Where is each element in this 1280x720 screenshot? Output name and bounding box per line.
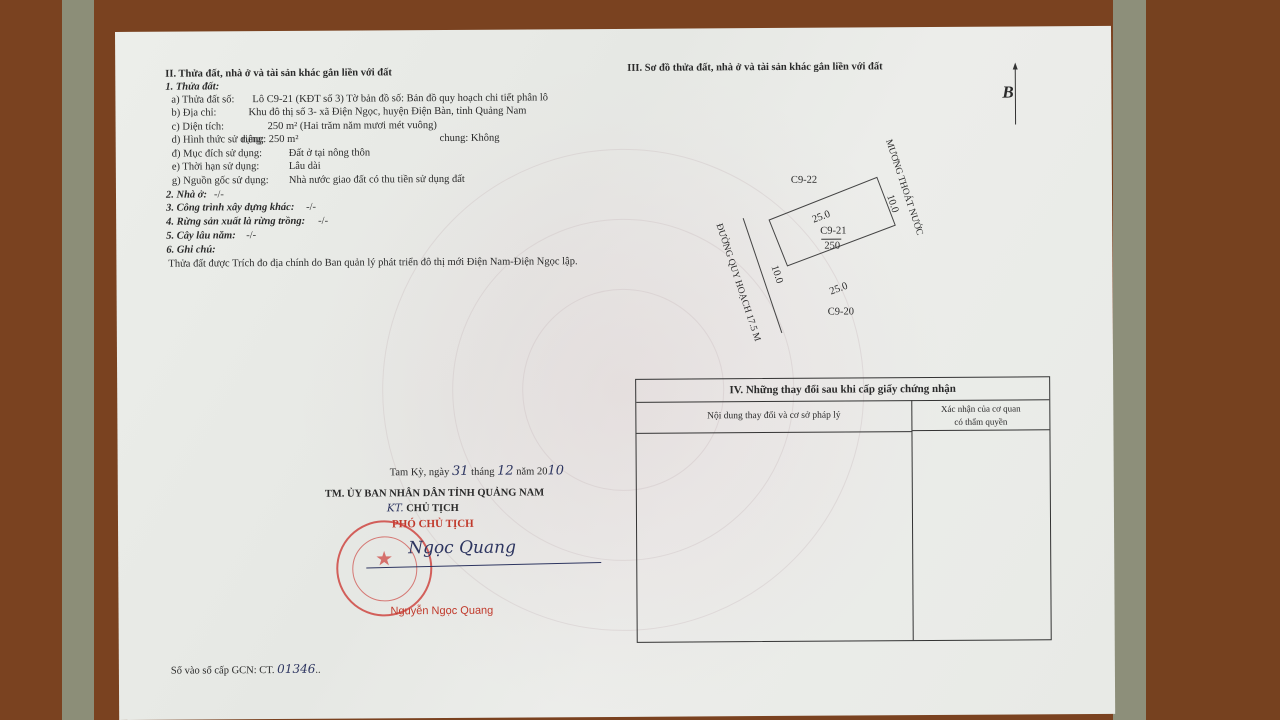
item4-value: -/- — [318, 215, 328, 228]
changes-content-cell — [636, 432, 913, 642]
month-label: tháng — [471, 467, 494, 478]
row-value: 250 m² (Hai trăm năm mươi mét vuông) — [268, 119, 437, 133]
north-label: B — [1002, 83, 1013, 103]
row-label: b) Địa chỉ: — [171, 106, 216, 119]
neighbor-north: C9-22 — [791, 174, 817, 187]
col-header-content: Nội dung thay đổi và cơ sở pháp lý — [636, 400, 912, 434]
background-table — [1146, 0, 1280, 720]
item6-label: 6. Ghi chú: — [166, 243, 215, 256]
item2-value: -/- — [214, 188, 224, 201]
row-value: Đất ở tại nông thôn — [289, 146, 370, 159]
registry-label: Số vào sổ cấp GCN: CT. — [171, 665, 275, 677]
confirmation-cell — [912, 431, 1050, 640]
year-label: năm 20 — [516, 466, 547, 477]
certificate-page: II. Thửa đất, nhà ở và tài sản khác gắn … — [115, 26, 1115, 720]
registry-number: Số vào sổ cấp GCN: CT. 01346.. — [171, 663, 321, 678]
chair-title: KT. CHỦ TỊCH — [387, 502, 459, 515]
background-stripe-right — [1113, 0, 1146, 720]
signer-name: Nguyễn Ngọc Quang — [391, 605, 494, 619]
row-label: đ) Mục đích sử dụng: — [172, 147, 262, 161]
item3-value: -/- — [306, 201, 316, 214]
row-value: Khu đô thị số 3- xã Điện Ngọc, huyện Điệ… — [248, 104, 526, 119]
year-suffix: 10 — [547, 463, 564, 478]
registry-value: 01346 — [277, 662, 315, 676]
parcel-id: C9-21 — [820, 225, 846, 238]
col2-line2: có thẩm quyền — [912, 415, 1049, 429]
item3-label: 3. Công trình xây dựng khác: — [166, 201, 294, 215]
item1-title: 1. Thửa đất: — [165, 80, 219, 93]
changes-table: IV. Những thay đổi sau khi cấp giấy chứn… — [635, 376, 1052, 643]
month: 12 — [497, 464, 514, 479]
neighbor-south: C9-20 — [828, 305, 854, 318]
day: 31 — [452, 464, 469, 479]
item5-value: -/- — [246, 229, 256, 242]
row-value: Nhà nước giao đất có thu tiền sử dụng đấ… — [289, 173, 465, 187]
section3-heading: III. Sơ đồ thửa đất, nhà ở và tài sản kh… — [627, 60, 882, 75]
place-date: Tam Kỳ, ngày 31 tháng 12 năm 2010 — [390, 464, 564, 479]
row-extra: chung: Không — [440, 132, 500, 145]
row-label: e) Thời hạn sử dụng: — [172, 160, 260, 174]
parcel-diagram: C9-22 C9-20 25.0 25.0 10.0 10.0 C9-21 25… — [691, 137, 952, 339]
row-value: riêng: 250 m² — [242, 133, 299, 146]
col2-line1: Xác nhận của cơ quan — [912, 402, 1049, 416]
chair-label: CHỦ TỊCH — [406, 503, 459, 514]
note-text: Thửa đất được Trích đo địa chính do Ban … — [168, 255, 577, 270]
item5-label: 5. Cây lâu năm: — [166, 229, 236, 242]
item2-label: 2. Nhà ở: — [166, 188, 207, 201]
kt-mark: KT. — [387, 502, 404, 514]
row-label: g) Nguồn gốc sử dụng: — [172, 174, 269, 188]
signature-mark: Ngọc Quang — [408, 538, 516, 559]
row-value: Lâu dài — [289, 160, 321, 173]
official-stamp: ★ — [336, 520, 433, 617]
background-stripe-left — [62, 0, 94, 720]
section2-heading: II. Thửa đất, nhà ở và tài sản khác gắn … — [165, 66, 392, 80]
org-name: TM. ỦY BAN NHÂN DÂN TỈNH QUẢNG NAM — [325, 486, 544, 500]
place-date-prefix: Tam Kỳ, ngày — [390, 467, 450, 478]
north-arrow: B — [1005, 62, 1025, 126]
row-label: a) Thửa đất số: — [171, 93, 234, 106]
col-header-confirmation: Xác nhận của cơ quan có thẩm quyền — [912, 399, 1049, 431]
parcel-area: 250 — [824, 240, 840, 253]
row-label: c) Diện tích: — [172, 120, 225, 133]
item4-label: 4. Rừng sản xuất là rừng trồng: — [166, 215, 305, 229]
